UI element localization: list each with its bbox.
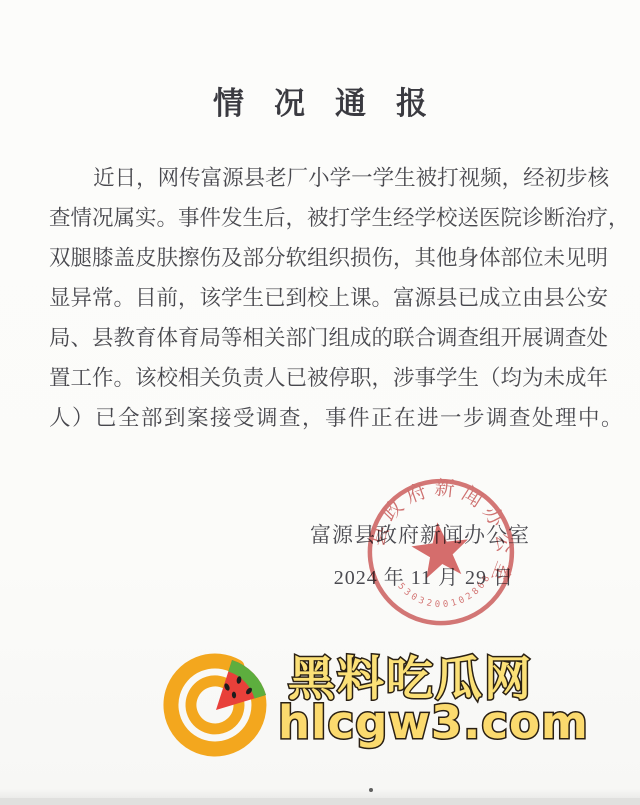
- watermark-site-url: hlcgw3.com: [278, 696, 589, 749]
- notice-body: 近日，网传富源县老厂小学一学生被打视频，经初步核 查情况属实。事件发生后，被打学…: [49, 158, 592, 438]
- issue-date: 2024 年 11 月 29 日: [334, 561, 514, 590]
- page-title: 情况通报: [0, 78, 640, 123]
- body-line: 查情况属实。事件发生后，被打学生经学校送医院诊断治疗，: [49, 198, 592, 238]
- dust-speck: [369, 788, 373, 792]
- watermelon-c-logo-icon: [160, 648, 280, 762]
- notice-document-page: 情况通报 近日，网传富源县老厂小学一学生被打视频，经初步核 查情况属实。事件发生…: [0, 0, 640, 805]
- body-line: 人）已全部到案接受调查，事件正在进一步调查处理中。: [49, 398, 592, 438]
- body-line: 显异常。目前，该学生已到校上课。富源县已成立由县公安: [49, 278, 592, 318]
- issuer-signature: 富源县政府新闻办公室: [310, 519, 530, 549]
- site-watermark: 黑料吃瓜网 hlcgw3.com: [160, 644, 520, 764]
- body-line: 双腿膝盖皮肤擦伤及部分软组织损伤，其他身体部位未见明: [49, 238, 592, 278]
- official-seal-stamp: 富源县政府新闻办公室 5303200102868: [353, 463, 532, 643]
- body-line: 置工作。该校相关负责人已被停职，涉事学生（均为未成年: [49, 358, 592, 398]
- seal-graphic: 富源县政府新闻办公室 5303200102868: [353, 463, 532, 643]
- body-line: 近日，网传富源县老厂小学一学生被打视频，经初步核: [49, 158, 592, 198]
- seal-circle: [362, 473, 520, 631]
- body-line: 局、县教育体育局等相关部门组成的联合调查组开展调查处: [49, 318, 592, 358]
- photo-edge-strip: [0, 798, 640, 805]
